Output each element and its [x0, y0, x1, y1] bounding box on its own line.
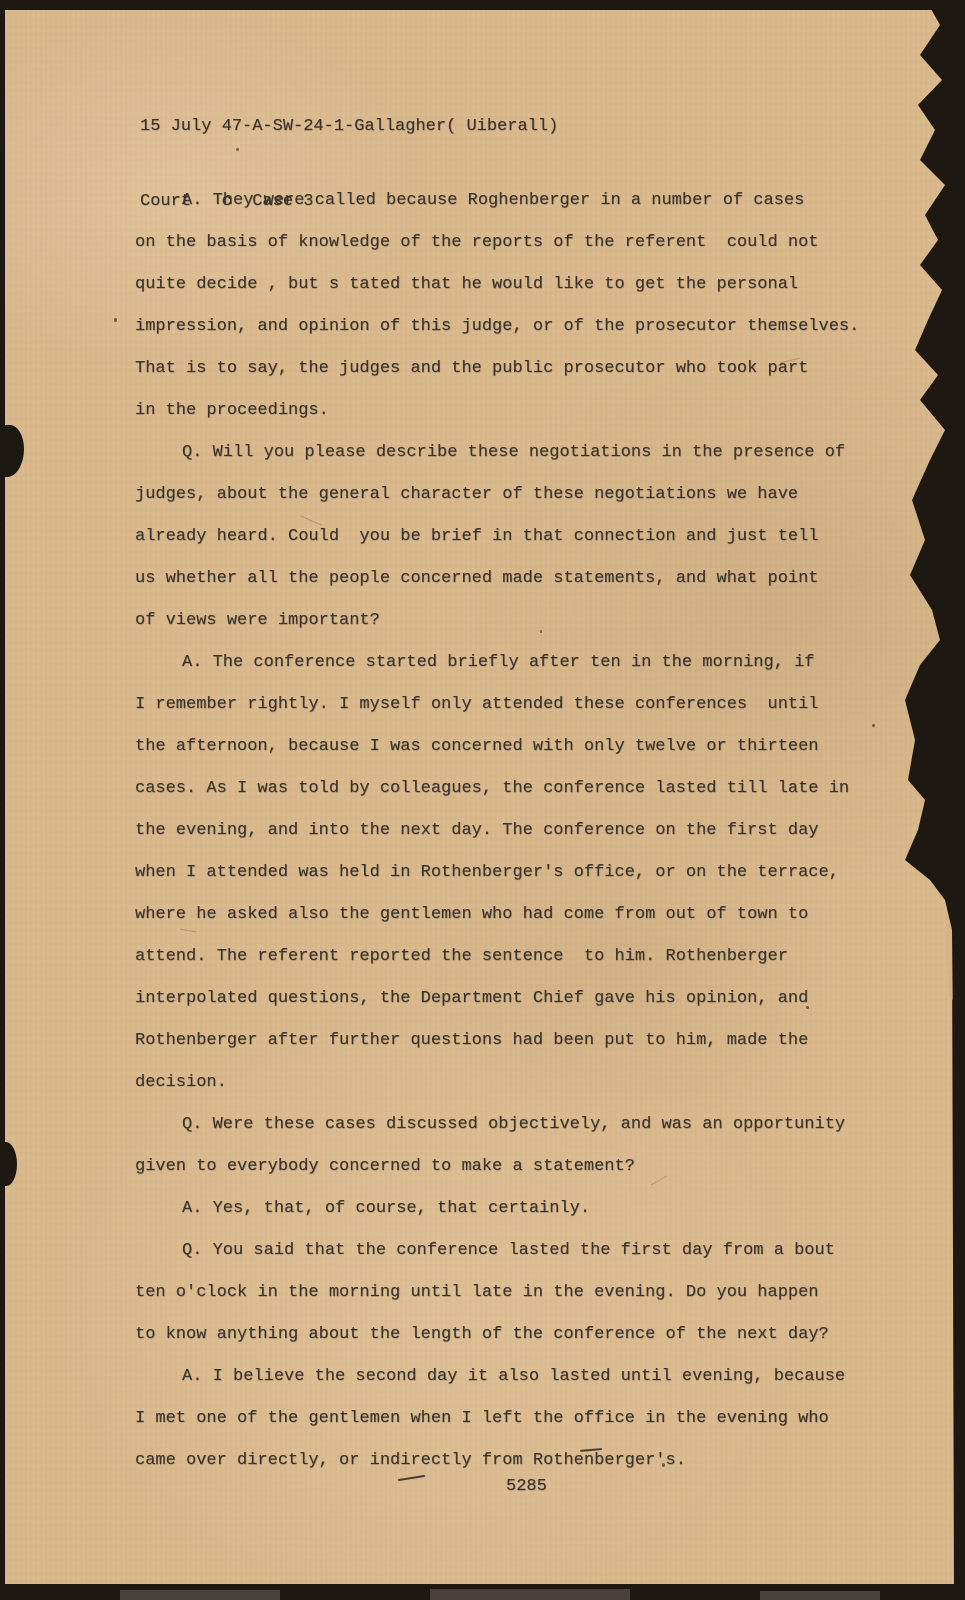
ink-speck — [662, 1463, 665, 1467]
transcript-line: when I attended was held in Rothenberger… — [135, 852, 895, 894]
transcript-line: came over directly, or indirectly from R… — [135, 1440, 895, 1482]
transcript-line: to know anything about the length of the… — [135, 1314, 895, 1356]
ink-speck — [540, 630, 542, 633]
transcript-line: of views were important? — [135, 600, 895, 642]
transcript-line: ten o'clock in the morning until late in… — [135, 1272, 895, 1314]
page-number: 5285 — [506, 1477, 547, 1496]
header-line-1: 15 July 47-A-SW-24-1-Gallagher( Uiberall… — [140, 114, 558, 139]
underlying-sheet-edge — [120, 1590, 280, 1600]
transcript-line: cases. As I was told by colleagues, the … — [135, 768, 895, 810]
ink-speck — [236, 148, 239, 151]
transcript-line: Rothenberger after further questions had… — [135, 1020, 895, 1062]
transcript-line: Q. You said that the conference lasted t… — [135, 1230, 895, 1272]
transcript-line: already heard. Could you be brief in tha… — [135, 516, 895, 558]
transcript-line: Q. Were these cases discussed objectivel… — [135, 1104, 895, 1146]
transcript-line: on the basis of knowledge of the reports… — [135, 222, 895, 264]
ink-speck — [806, 1006, 809, 1009]
transcript-line: the afternoon, because I was concerned w… — [135, 726, 895, 768]
ink-speck — [114, 318, 117, 322]
transcript-line: Q. Will you please describe these negoti… — [135, 432, 895, 474]
transcript-line: A. I believe the second day it also last… — [135, 1356, 895, 1398]
transcript-line: in the proceedings. — [135, 390, 895, 432]
transcript-line: I remember rightly. I myself only attend… — [135, 684, 895, 726]
transcript-line: us whether all the people concerned made… — [135, 558, 895, 600]
transcript-line: decision. — [135, 1062, 895, 1104]
underlying-sheet-edge — [430, 1589, 630, 1600]
transcript-line: impression, and opinion of this judge, o… — [135, 306, 895, 348]
transcript-line: That is to say, the judges and the publi… — [135, 348, 895, 390]
transcript-line: the evening, and into the next day. The … — [135, 810, 895, 852]
ink-speck — [872, 724, 875, 727]
transcript-line: interpolated questions, the Department C… — [135, 978, 895, 1020]
scanned-page: 15 July 47-A-SW-24-1-Gallagher( Uiberall… — [0, 0, 965, 1600]
transcript-line: A. Yes, that, of course, that certainly. — [135, 1188, 895, 1230]
transcript-line: quite decide , but s tated that he would… — [135, 264, 895, 306]
transcript-line: given to everybody concerned to make a s… — [135, 1146, 895, 1188]
transcript-line: A. The conference started briefly after … — [135, 642, 895, 684]
underlying-sheet-edge — [760, 1591, 880, 1600]
transcript-line: I met one of the gentlemen when I left t… — [135, 1398, 895, 1440]
transcript-line: A. They were called because Roghenberger… — [135, 180, 895, 222]
transcript-line: attend. The referent reported the senten… — [135, 936, 895, 978]
transcript-line: where he asked also the gentlemen who ha… — [135, 894, 895, 936]
transcript-line: judges, about the general character of t… — [135, 474, 895, 516]
transcript-lines: A. They were called because Roghenberger… — [135, 180, 895, 1482]
scan-edge-left — [0, 0, 5, 1600]
scan-edge-top — [0, 0, 965, 10]
torn-edge-right — [890, 0, 965, 1600]
